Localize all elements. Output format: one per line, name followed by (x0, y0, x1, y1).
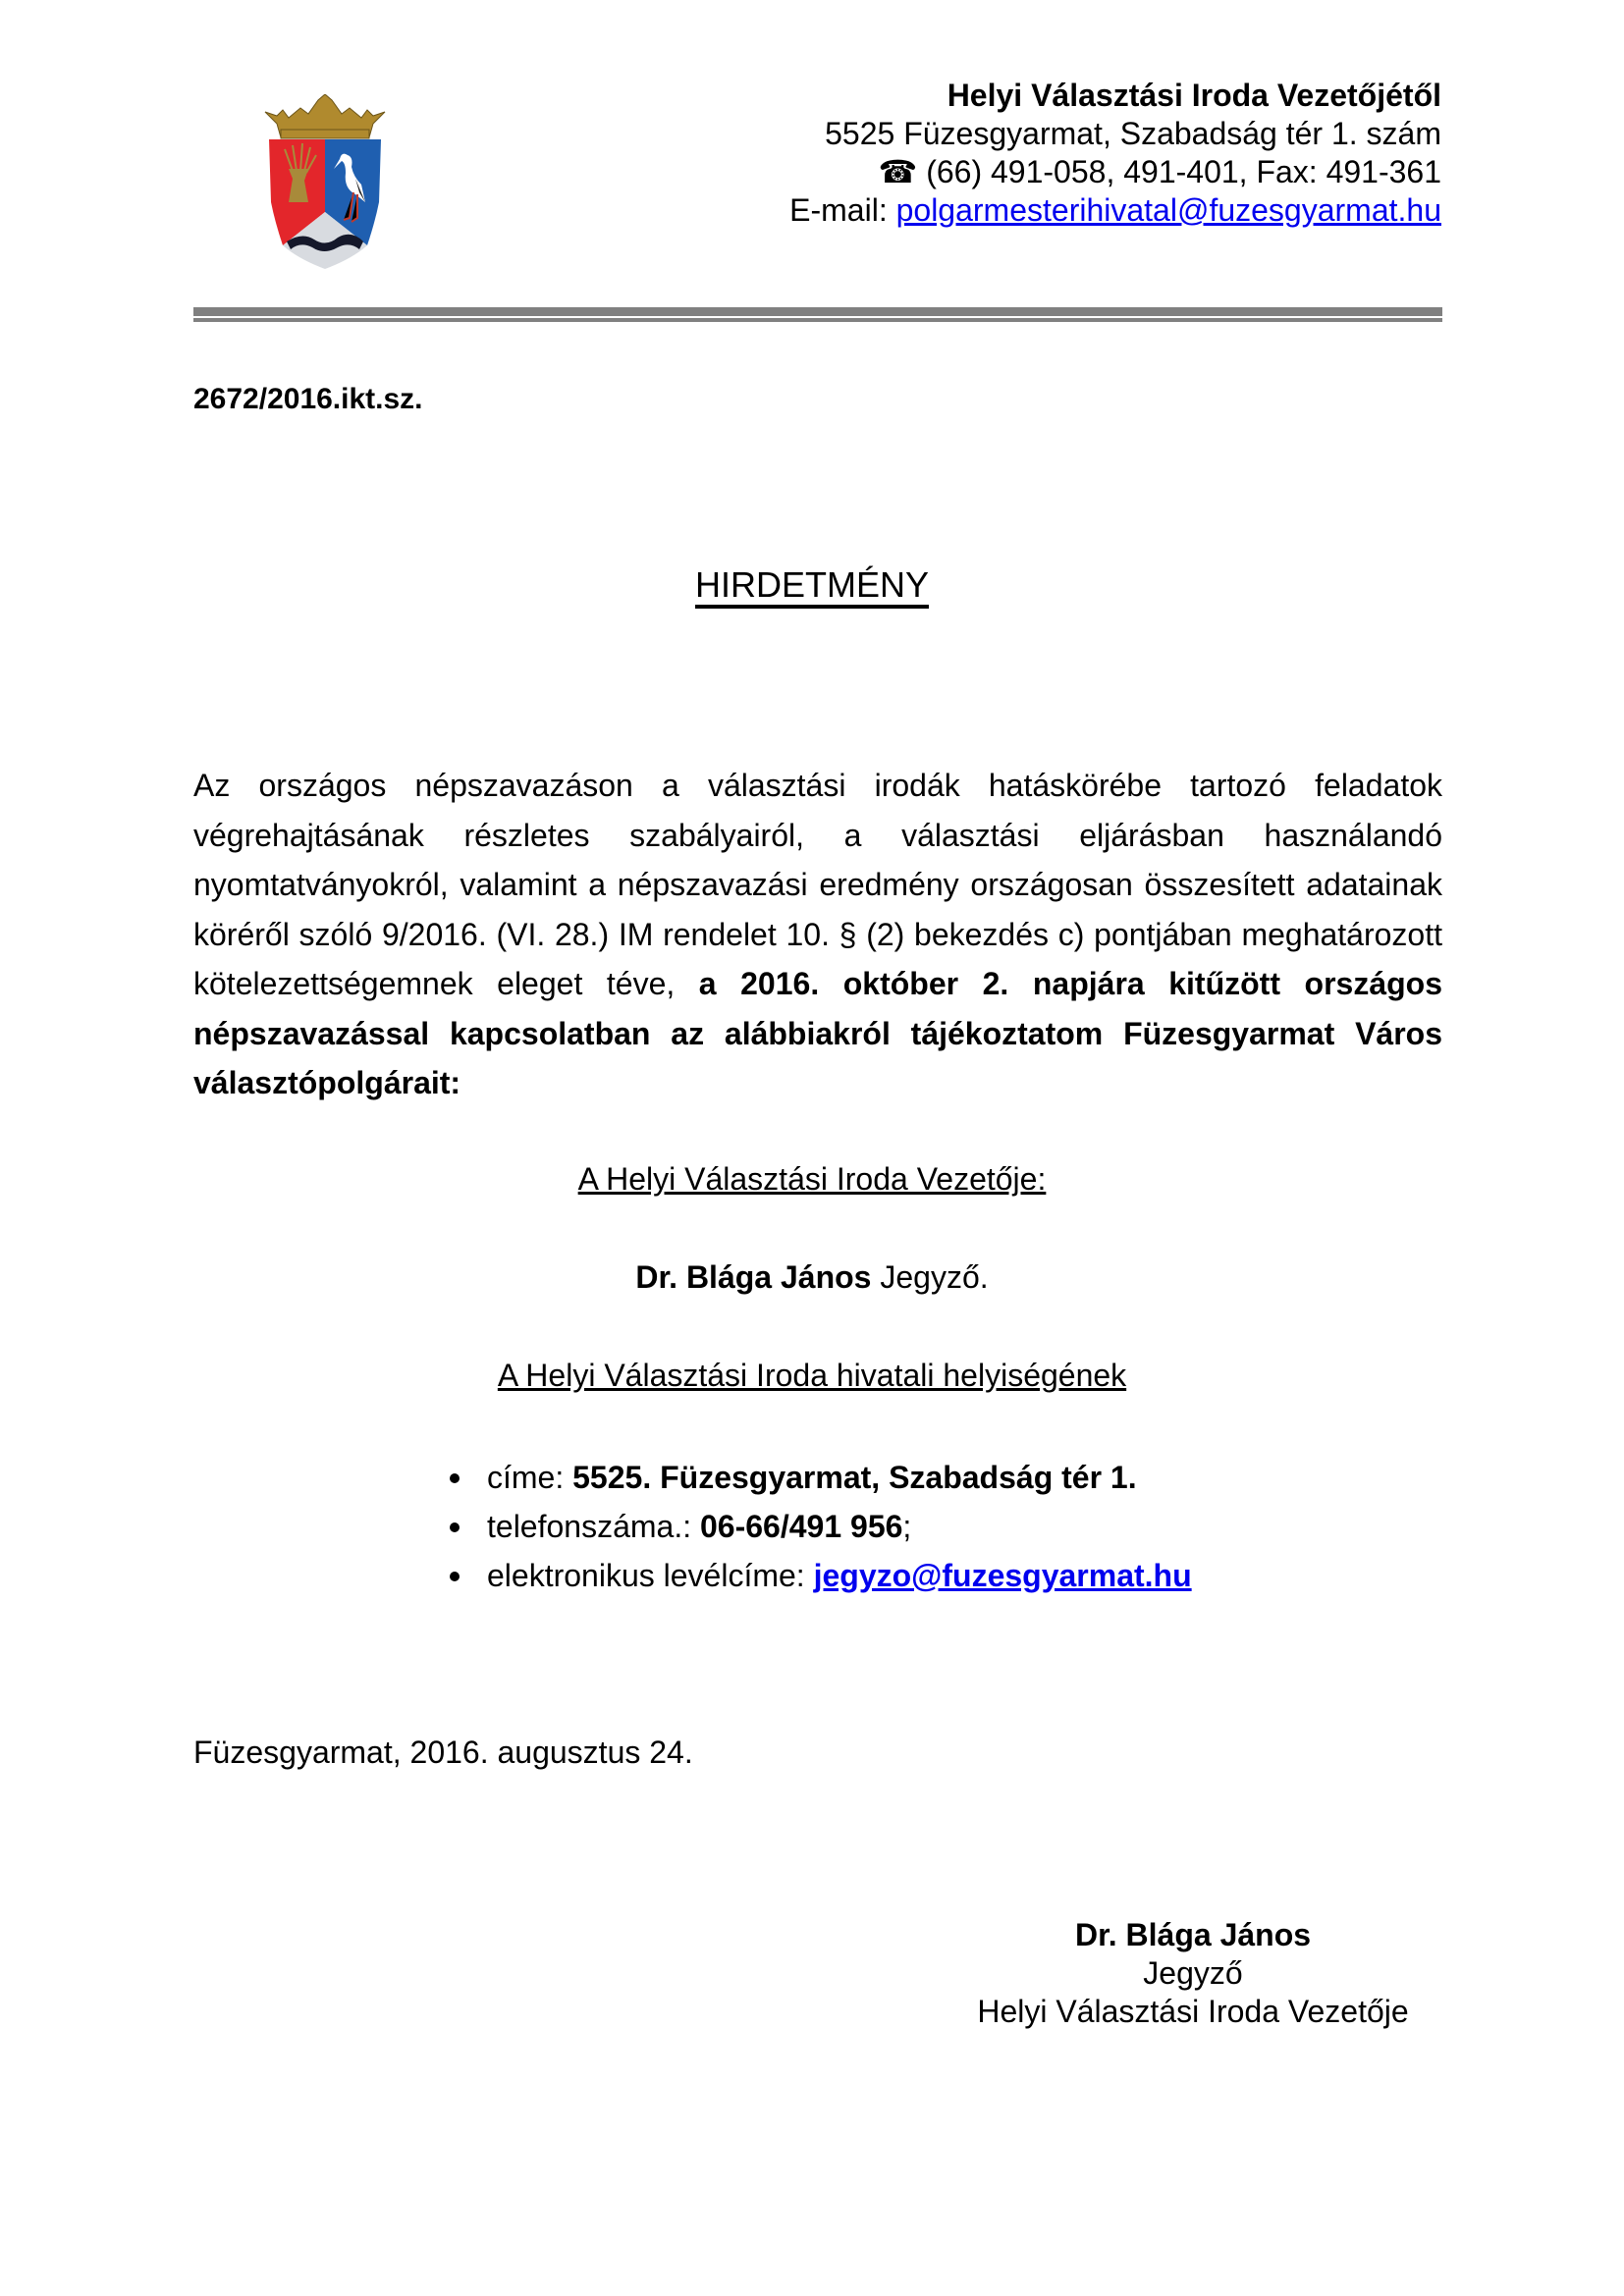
leader-heading: A Helyi Választási Iroda Vezetője: (0, 1161, 1624, 1198)
list-item-phone: telefonszáma.: 06-66/491 956; (448, 1502, 1192, 1551)
document-title: HIRDETMÉNY (0, 564, 1624, 606)
list-item-address: címe: 5525. Füzesgyarmat, Szabadság tér … (448, 1453, 1192, 1502)
place-date: Füzesgyarmat, 2016. augusztus 24. (193, 1735, 693, 1771)
sender-address: 5525 Füzesgyarmat, Szabadság tér 1. szám (789, 115, 1441, 153)
email-label: elektronikus levélcíme: (487, 1558, 814, 1593)
sender-phone: ☎ (66) 491-058, 491-401, Fax: 491-361 (789, 153, 1441, 191)
leader-heading-text: A Helyi Választási Iroda Vezetője: (578, 1161, 1047, 1197)
phone-value: 06-66/491 956 (700, 1509, 902, 1544)
phone-icon: ☎ (878, 154, 917, 189)
leader-name: Dr. Blága János (635, 1259, 871, 1295)
address-value: 5525. Füzesgyarmat, Szabadság tér 1. (572, 1460, 1136, 1495)
office-heading: A Helyi Választási Iroda hivatali helyis… (0, 1358, 1624, 1394)
letterhead: Helyi Választási Iroda Vezetőjétől 5525 … (789, 77, 1441, 230)
email-link[interactable]: polgarmesterihivatal@fuzesgyarmat.hu (896, 192, 1441, 228)
signature-block: Dr. Blága János Jegyző Helyi Választási … (943, 1916, 1443, 2031)
body-paragraph: Az országos népszavazáson a választási i… (193, 761, 1442, 1108)
title-text: HIRDETMÉNY (695, 564, 929, 605)
email-label: E-mail: (789, 192, 895, 228)
leader-line: Dr. Blága János Jegyző. (0, 1259, 1624, 1296)
address-label: címe: (487, 1460, 572, 1495)
sender-email: E-mail: polgarmesterihivatal@fuzesgyarma… (789, 191, 1441, 230)
leader-role: Jegyző. (871, 1259, 988, 1295)
signer-office: Helyi Választási Iroda Vezetője (943, 1993, 1443, 2031)
office-email-link[interactable]: jegyzo@fuzesgyarmat.hu (814, 1558, 1192, 1593)
signer-role: Jegyző (943, 1954, 1443, 1993)
sender-title: Helyi Választási Iroda Vezetőjétől (789, 77, 1441, 115)
list-item-email: elektronikus levélcíme: jegyzo@fuzesgyar… (448, 1551, 1192, 1600)
office-details-list: címe: 5525. Füzesgyarmat, Szabadság tér … (448, 1453, 1192, 1600)
phone-suffix: ; (902, 1509, 911, 1544)
phone-numbers: (66) 491-058, 491-401, Fax: 491-361 (926, 154, 1441, 189)
header-divider-thin (193, 318, 1442, 322)
header-divider (193, 307, 1442, 316)
reference-number: 2672/2016.ikt.sz. (193, 383, 423, 416)
phone-label: telefonszáma.: (487, 1509, 700, 1544)
signer-name: Dr. Blága János (943, 1916, 1443, 1954)
coat-of-arms-icon (263, 94, 387, 269)
office-heading-text: A Helyi Választási Iroda hivatali helyis… (498, 1358, 1126, 1393)
